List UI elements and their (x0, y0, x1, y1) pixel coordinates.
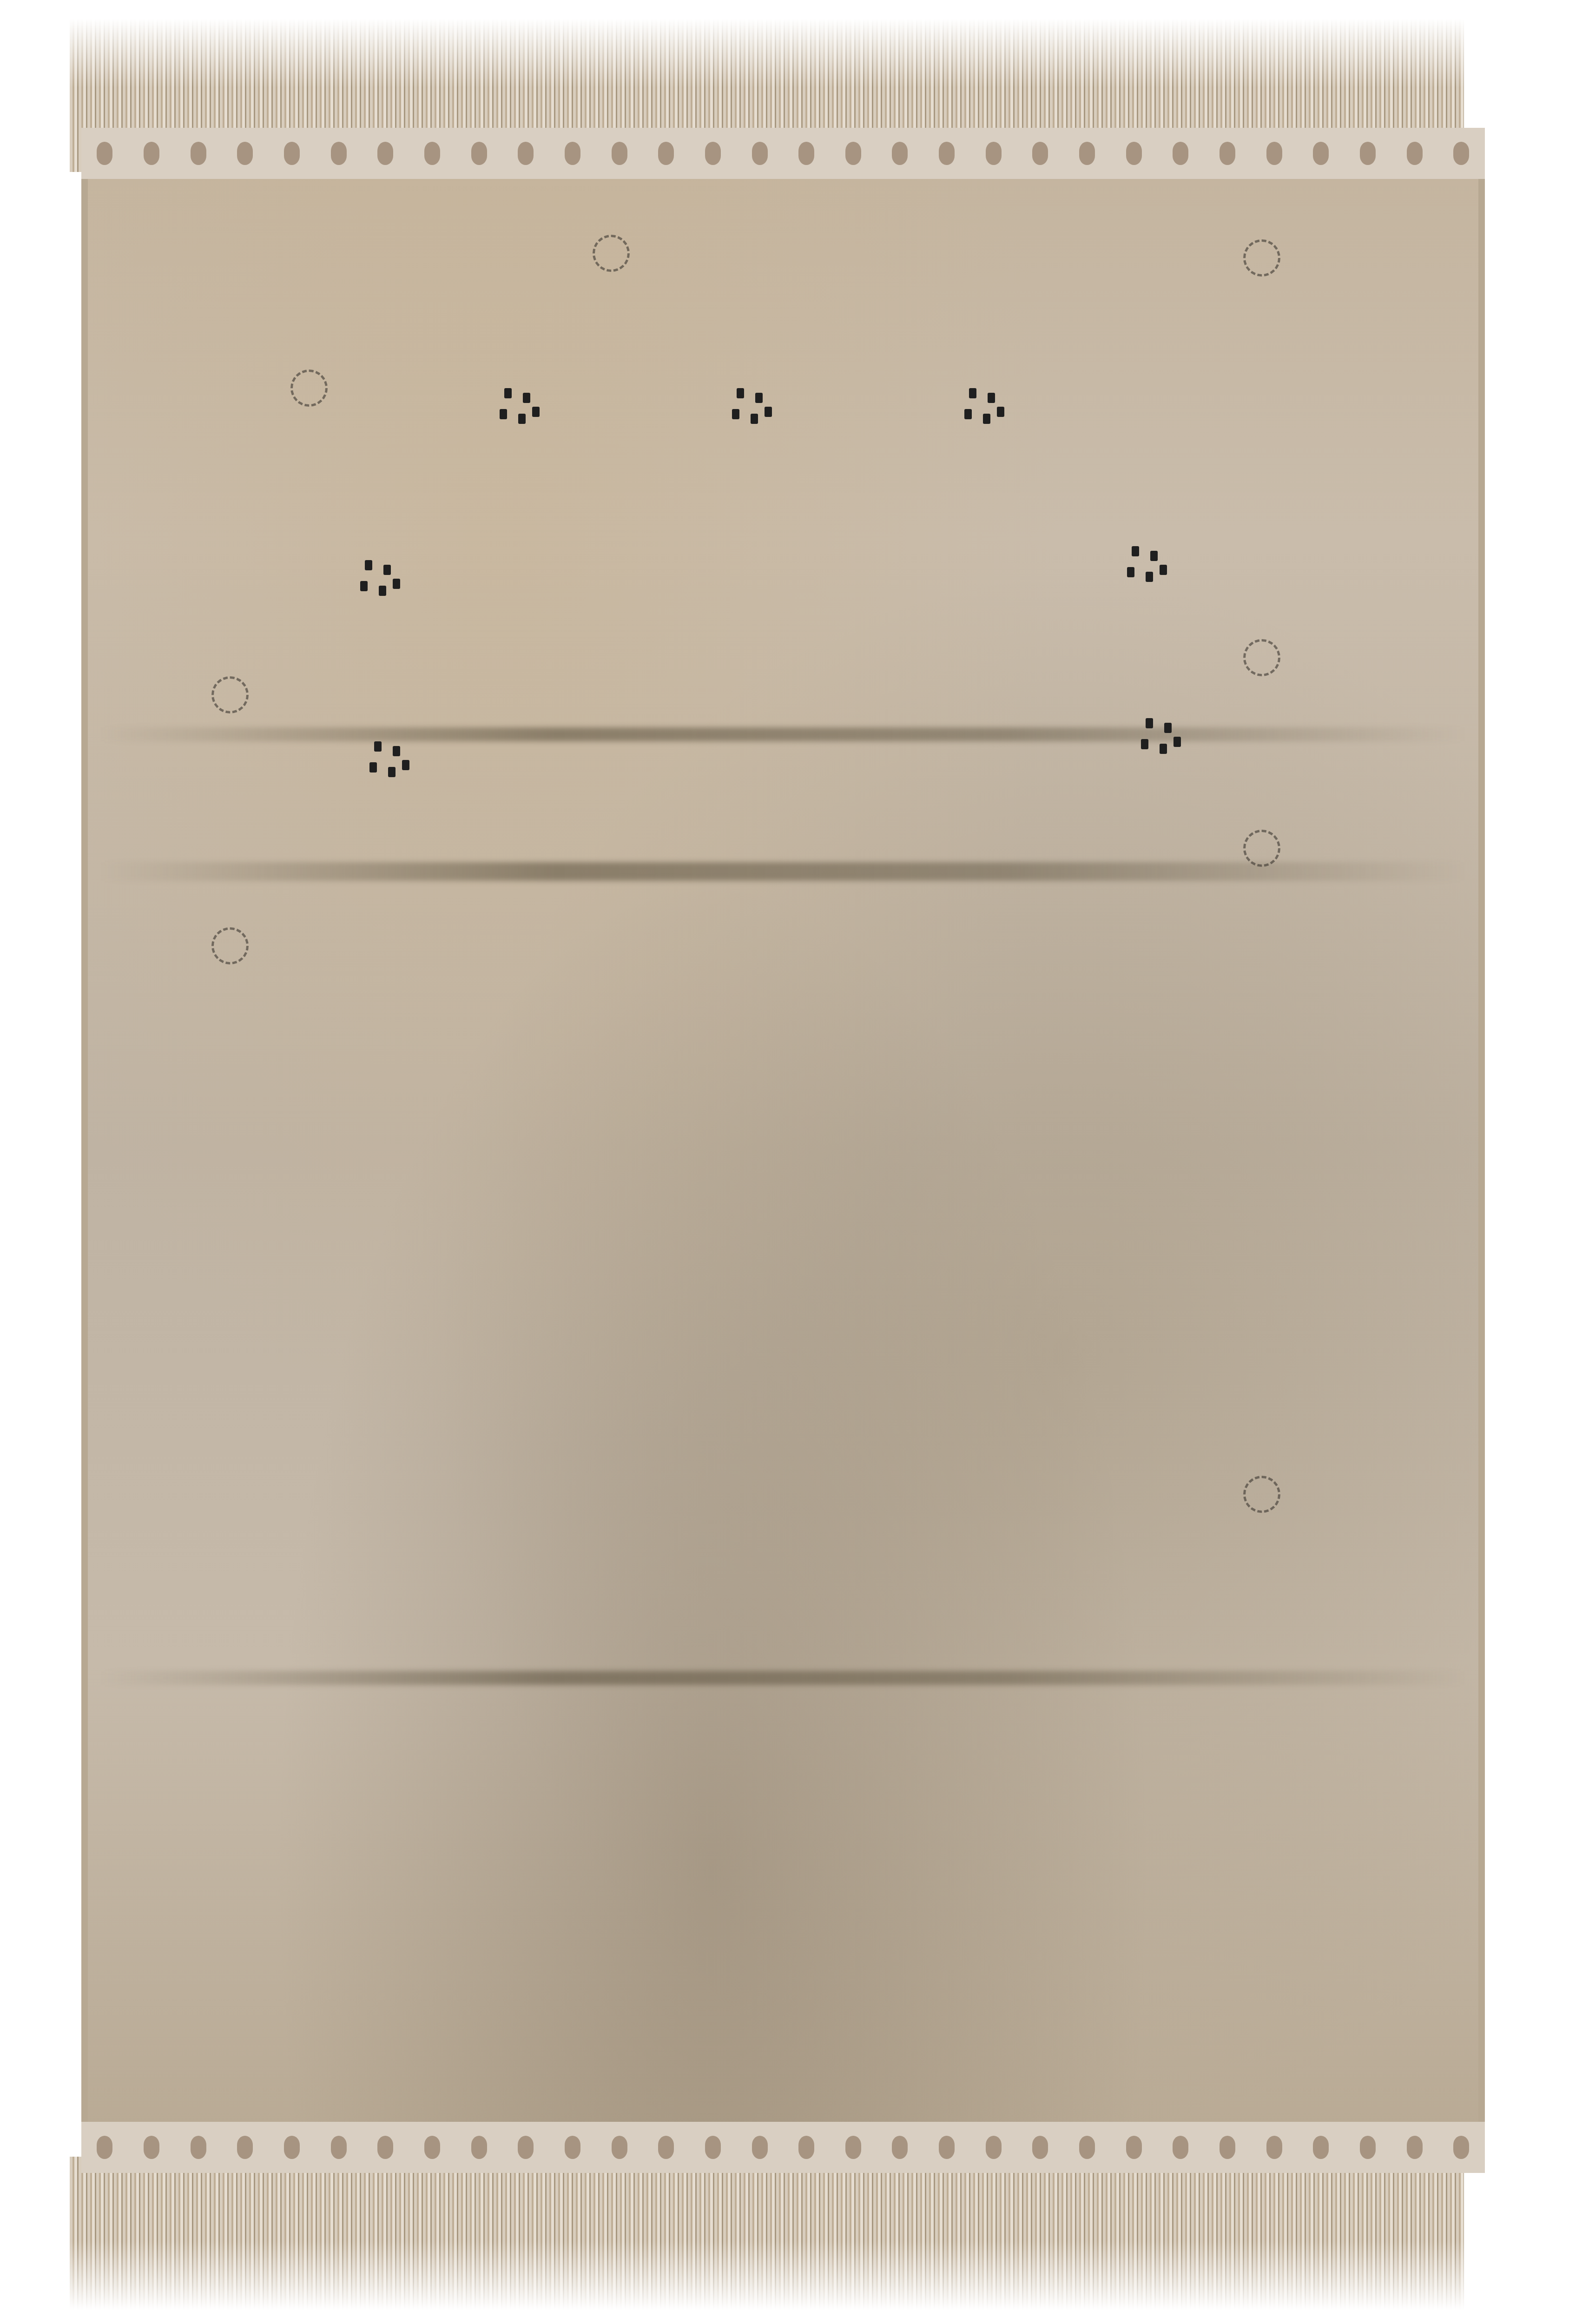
kilim-lozenge-motif (612, 142, 627, 165)
kilim-lozenge-motif (752, 2136, 768, 2159)
kilim-lozenge-motif (1407, 142, 1423, 165)
kilim-lozenge-motif (565, 142, 580, 165)
rug-field (81, 128, 1485, 2173)
kilim-lozenge-motif (612, 2136, 627, 2159)
floral-sprig (369, 741, 411, 783)
kilim-lozenge-motif (1360, 2136, 1376, 2159)
octagon-medallion (1243, 239, 1280, 277)
kilim-lozenge-motif (144, 142, 159, 165)
kilim-lozenge-motif (331, 142, 347, 165)
kilim-lozenge-motif (986, 2136, 1002, 2159)
kilim-lozenge-motif (518, 142, 534, 165)
kilim-lozenge-motif (845, 142, 861, 165)
kilim-lozenge-motif (798, 142, 814, 165)
kilim-lozenge-motif (1079, 2136, 1095, 2159)
kilim-lozenge-motif (1266, 142, 1282, 165)
kilim-lozenge-motif (237, 142, 253, 165)
kilim-lozenge-motif (752, 142, 768, 165)
octagon-medallion (290, 370, 328, 407)
kilim-lozenge-motif (986, 142, 1002, 165)
octagon-medallion (211, 676, 249, 713)
kilim-lozenge-motif (1220, 2136, 1235, 2159)
floral-sprig (1127, 546, 1169, 588)
wear-streak (100, 727, 1466, 741)
kilim-lozenge-motif (939, 142, 955, 165)
kilim-lozenge-motif (892, 2136, 908, 2159)
kilim-lozenge-motif (377, 142, 393, 165)
top-kilim-band (81, 128, 1485, 179)
kilim-lozenge-motif (1360, 142, 1376, 165)
kilim-lozenge-motif (237, 2136, 253, 2159)
kilim-lozenge-motif (97, 142, 112, 165)
floral-sprig (1141, 718, 1183, 760)
kilim-lozenge-motif (658, 142, 674, 165)
kilim-lozenge-motif (191, 2136, 206, 2159)
kilim-lozenge-motif (798, 2136, 814, 2159)
kilim-lozenge-motif (1079, 142, 1095, 165)
octagon-medallion (1243, 639, 1280, 676)
octagon-medallion (593, 235, 630, 272)
kilim-lozenge-motif (892, 142, 908, 165)
kilim-lozenge-motif (1173, 142, 1188, 165)
floral-sprig (732, 388, 774, 430)
kilim-lozenge-motif (1407, 2136, 1423, 2159)
kilim-lozenge-motif (1126, 2136, 1142, 2159)
kilim-lozenge-motif (845, 2136, 861, 2159)
kilim-lozenge-motif (565, 2136, 580, 2159)
octagon-medallion (211, 927, 249, 964)
kilim-lozenge-motif (1313, 2136, 1329, 2159)
bottom-kilim-band (81, 2122, 1485, 2173)
kilim-lozenge-motif (1453, 142, 1469, 165)
floral-sprig (964, 388, 1006, 430)
kilim-lozenge-motif (424, 2136, 440, 2159)
kilim-lozenge-motif (144, 2136, 159, 2159)
floral-sprig (500, 388, 541, 430)
kilim-lozenge-motif (1266, 2136, 1282, 2159)
kilim-lozenge-motif (1032, 142, 1048, 165)
kilim-lozenge-motif (1126, 142, 1142, 165)
kilim-lozenge-motif (1173, 2136, 1188, 2159)
kilim-lozenge-motif (191, 142, 206, 165)
kilim-lozenge-motif (939, 2136, 955, 2159)
kilim-lozenge-motif (1453, 2136, 1469, 2159)
kilim-lozenge-motif (705, 142, 721, 165)
kilim-lozenge-motif (471, 2136, 487, 2159)
kilim-lozenge-motif (1220, 142, 1235, 165)
kilim-lozenge-motif (705, 2136, 721, 2159)
octagon-medallion (1243, 830, 1280, 867)
kilim-lozenge-motif (471, 142, 487, 165)
kilim-lozenge-motif (284, 2136, 300, 2159)
kilim-lozenge-motif (331, 2136, 347, 2159)
kilim-lozenge-motif (1032, 2136, 1048, 2159)
floral-sprig (360, 560, 402, 602)
kilim-lozenge-motif (97, 2136, 112, 2159)
kilim-lozenge-motif (1313, 142, 1329, 165)
wear-streak (100, 1671, 1466, 1685)
octagon-medallion (1243, 1476, 1280, 1513)
kilim-lozenge-motif (284, 142, 300, 165)
kilim-lozenge-motif (658, 2136, 674, 2159)
kilim-lozenge-motif (377, 2136, 393, 2159)
bottom-fringe (70, 2157, 1464, 2310)
kilim-lozenge-motif (424, 142, 440, 165)
kilim-lozenge-motif (518, 2136, 534, 2159)
